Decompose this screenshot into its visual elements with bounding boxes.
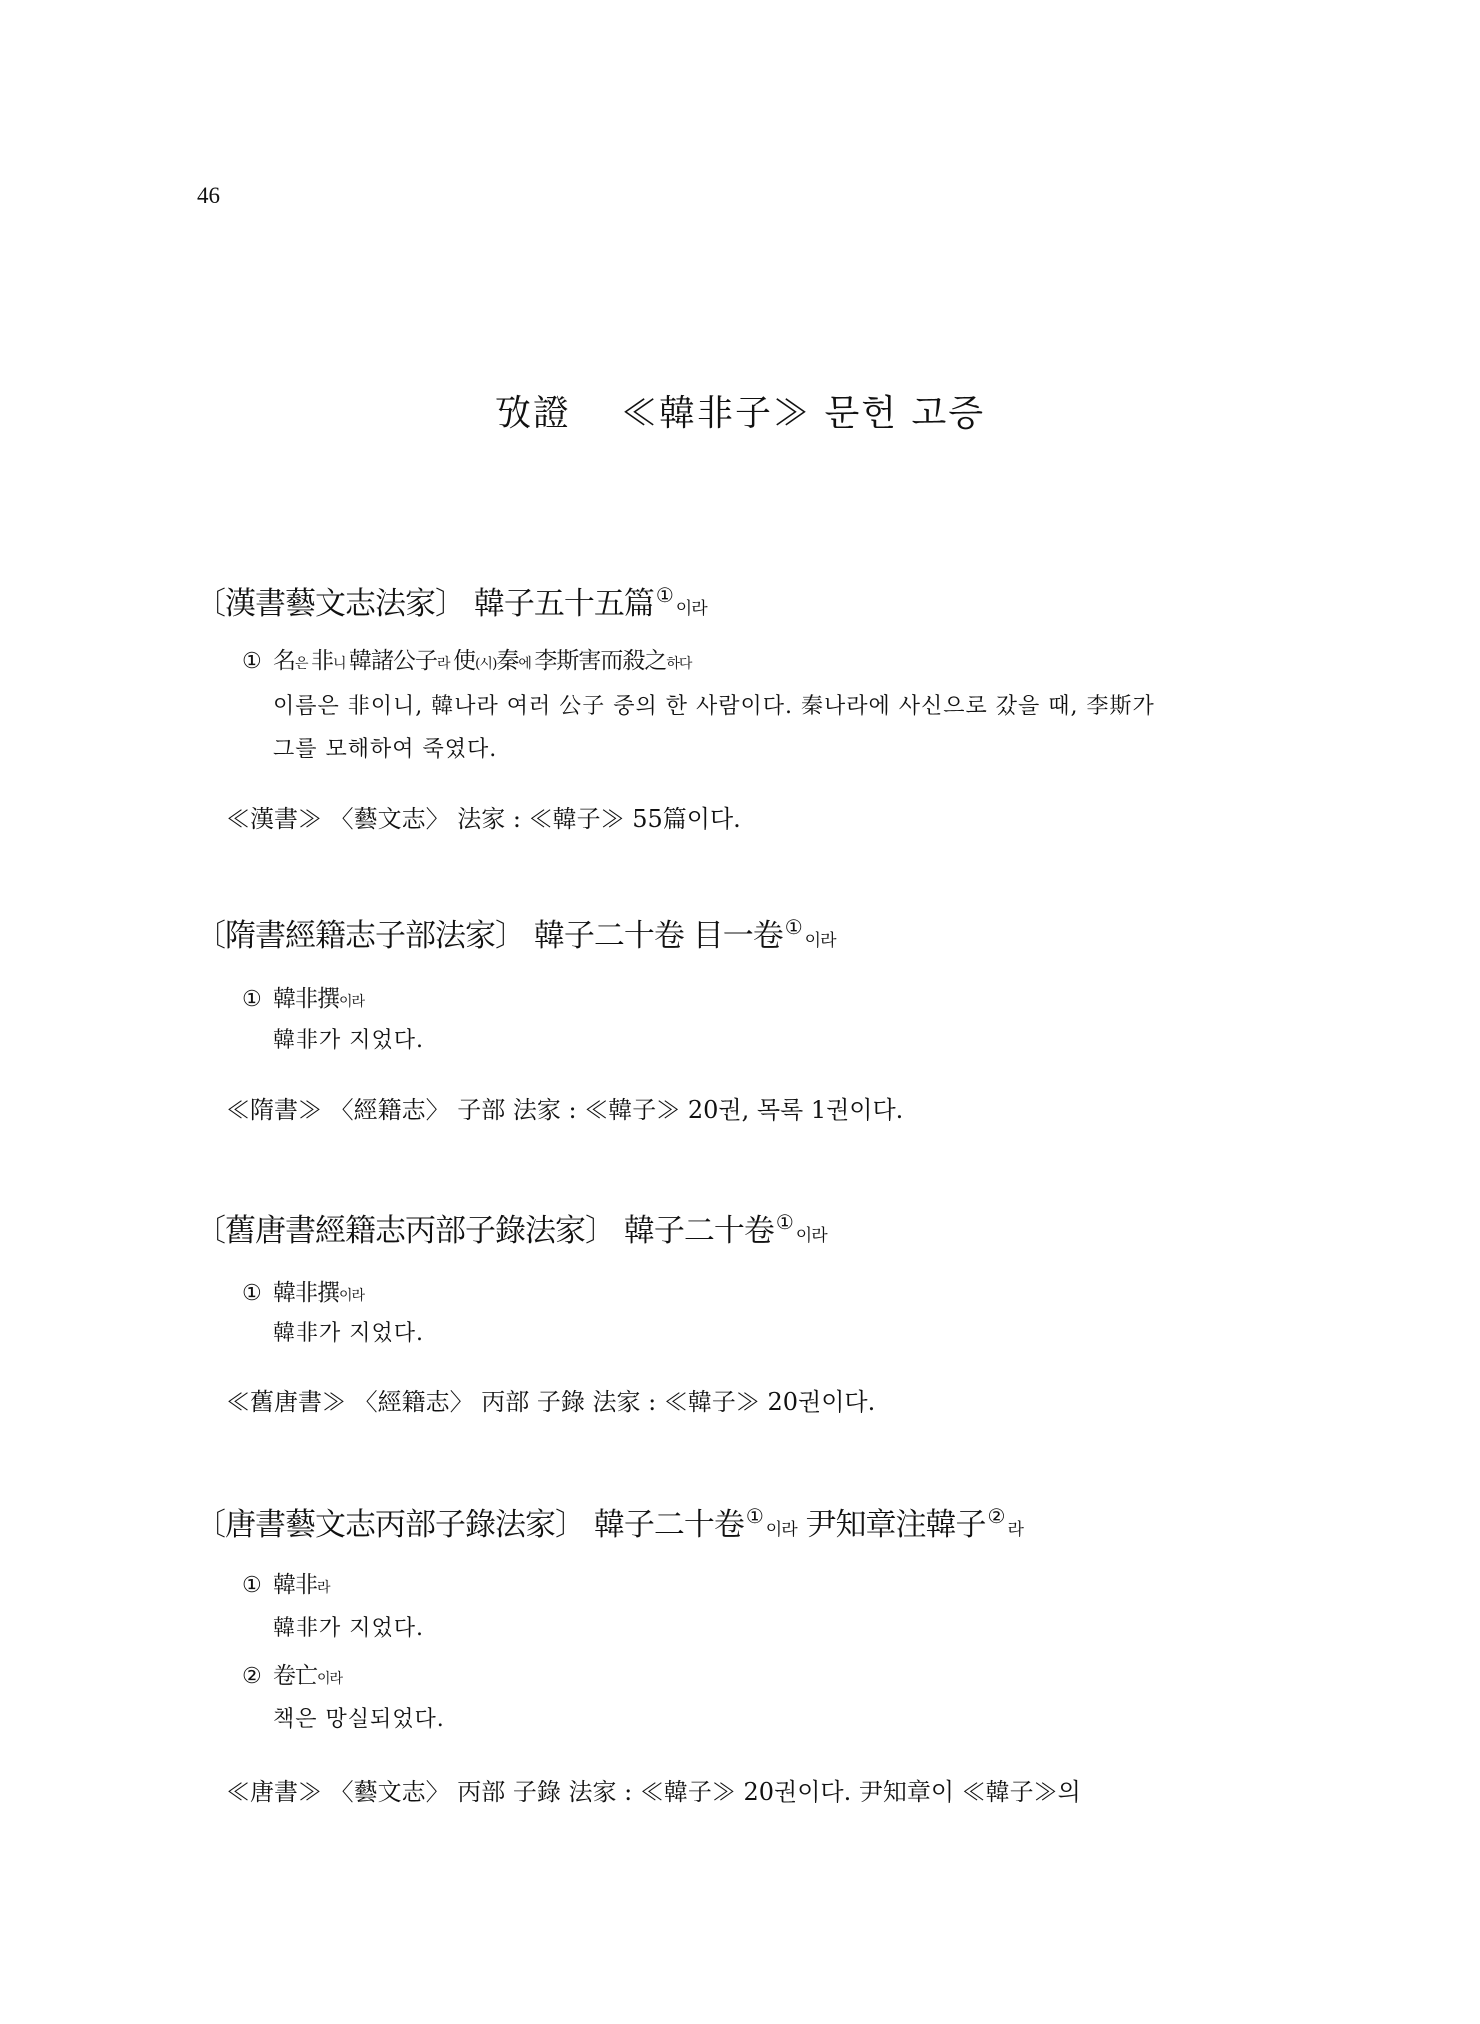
note-translation: 韓非가 지었다. — [273, 1323, 424, 1345]
note-source: 名은 非니 韓諸公子라 使(시)秦에 李斯害而殺之하다 — [273, 650, 691, 673]
heading-text: 〔舊唐書經籍志丙部子錄法家〕 韓子二十卷 — [195, 1213, 774, 1249]
heading-text: 〔唐書藝文志丙部子錄法家〕 韓子二十卷 — [195, 1507, 744, 1543]
section-heading-tangshu: 〔唐書藝文志丙部子錄法家〕 韓子二十卷①이라 尹知章注韓子②라 — [195, 1506, 1023, 1541]
title-hanja: 攷證 — [495, 393, 571, 434]
heading-suffix: 이라 — [805, 931, 836, 951]
note-source: 卷亡이라 — [273, 1665, 342, 1688]
page-title: 攷證≪韓非子≫ 문헌 고증 — [0, 396, 1480, 432]
heading-suffix: 라 — [1007, 1520, 1022, 1540]
heading-text: 尹知章注韓子 — [806, 1507, 986, 1543]
heading-suffix: 이라 — [796, 1226, 827, 1246]
heading-suffix: 이라 — [766, 1520, 797, 1540]
section-heading-suishu: 〔隋書經籍志子部法家〕 韓子二十卷 目一卷①이라 — [195, 917, 836, 952]
note-marker: ① — [242, 651, 262, 673]
heading-text: 〔隋書經籍志子部法家〕 韓子二十卷 目一卷 — [195, 918, 783, 954]
note-translation: 책은 망실되었다. — [273, 1709, 445, 1731]
section-summary: ≪舊唐書≫ 〈經籍志〉 丙部 子錄 法家 : ≪韓子≫ 20권이다. — [226, 1390, 875, 1414]
heading-text: 〔漢書藝文志法家〕 韓子五十五篇 — [195, 586, 654, 622]
section-summary: ≪漢書≫ 〈藝文志〉 法家 : ≪韓子≫ 55篇이다. — [226, 807, 741, 831]
heading-suffix: 이라 — [676, 599, 707, 619]
note-translation: 韓非가 지었다. — [273, 1030, 424, 1052]
footnote-marker: ① — [785, 915, 802, 939]
title-korean: ≪韓非子≫ 문헌 고증 — [621, 393, 985, 434]
section-heading-jiutangshu: 〔舊唐書經籍志丙部子錄法家〕 韓子二十卷①이라 — [195, 1212, 827, 1247]
note-translation: 이름은 非이니, 韓나라 여러 公子 중의 한 사람이다. 秦나라에 사신으로 … — [273, 696, 1155, 718]
note-source: 韓非撰이라 — [273, 988, 364, 1011]
footnote-marker: ① — [776, 1210, 793, 1234]
note-marker: ① — [242, 989, 262, 1011]
footnote-marker: ① — [656, 583, 673, 607]
note-source: 韓非撰이라 — [273, 1282, 364, 1305]
note-marker: ① — [242, 1575, 262, 1597]
note-source: 韓非라 — [273, 1574, 330, 1597]
note-marker: ② — [242, 1666, 262, 1688]
page-number: 46 — [197, 184, 220, 207]
section-summary: ≪唐書≫ 〈藝文志〉 丙部 子錄 法家 : ≪韓子≫ 20권이다. 尹知章이 ≪… — [226, 1780, 1081, 1804]
note-translation: 韓非가 지었다. — [273, 1618, 424, 1640]
footnote-marker: ② — [988, 1504, 1005, 1528]
note-marker: ① — [242, 1283, 262, 1305]
footnote-marker: ① — [746, 1504, 763, 1528]
note-translation: 그를 모해하여 죽였다. — [273, 739, 497, 761]
section-summary: ≪隋書≫ 〈經籍志〉 子部 法家 : ≪韓子≫ 20권, 목록 1권이다. — [226, 1098, 903, 1122]
section-heading-hanshu: 〔漢書藝文志法家〕 韓子五十五篇①이라 — [195, 585, 707, 620]
